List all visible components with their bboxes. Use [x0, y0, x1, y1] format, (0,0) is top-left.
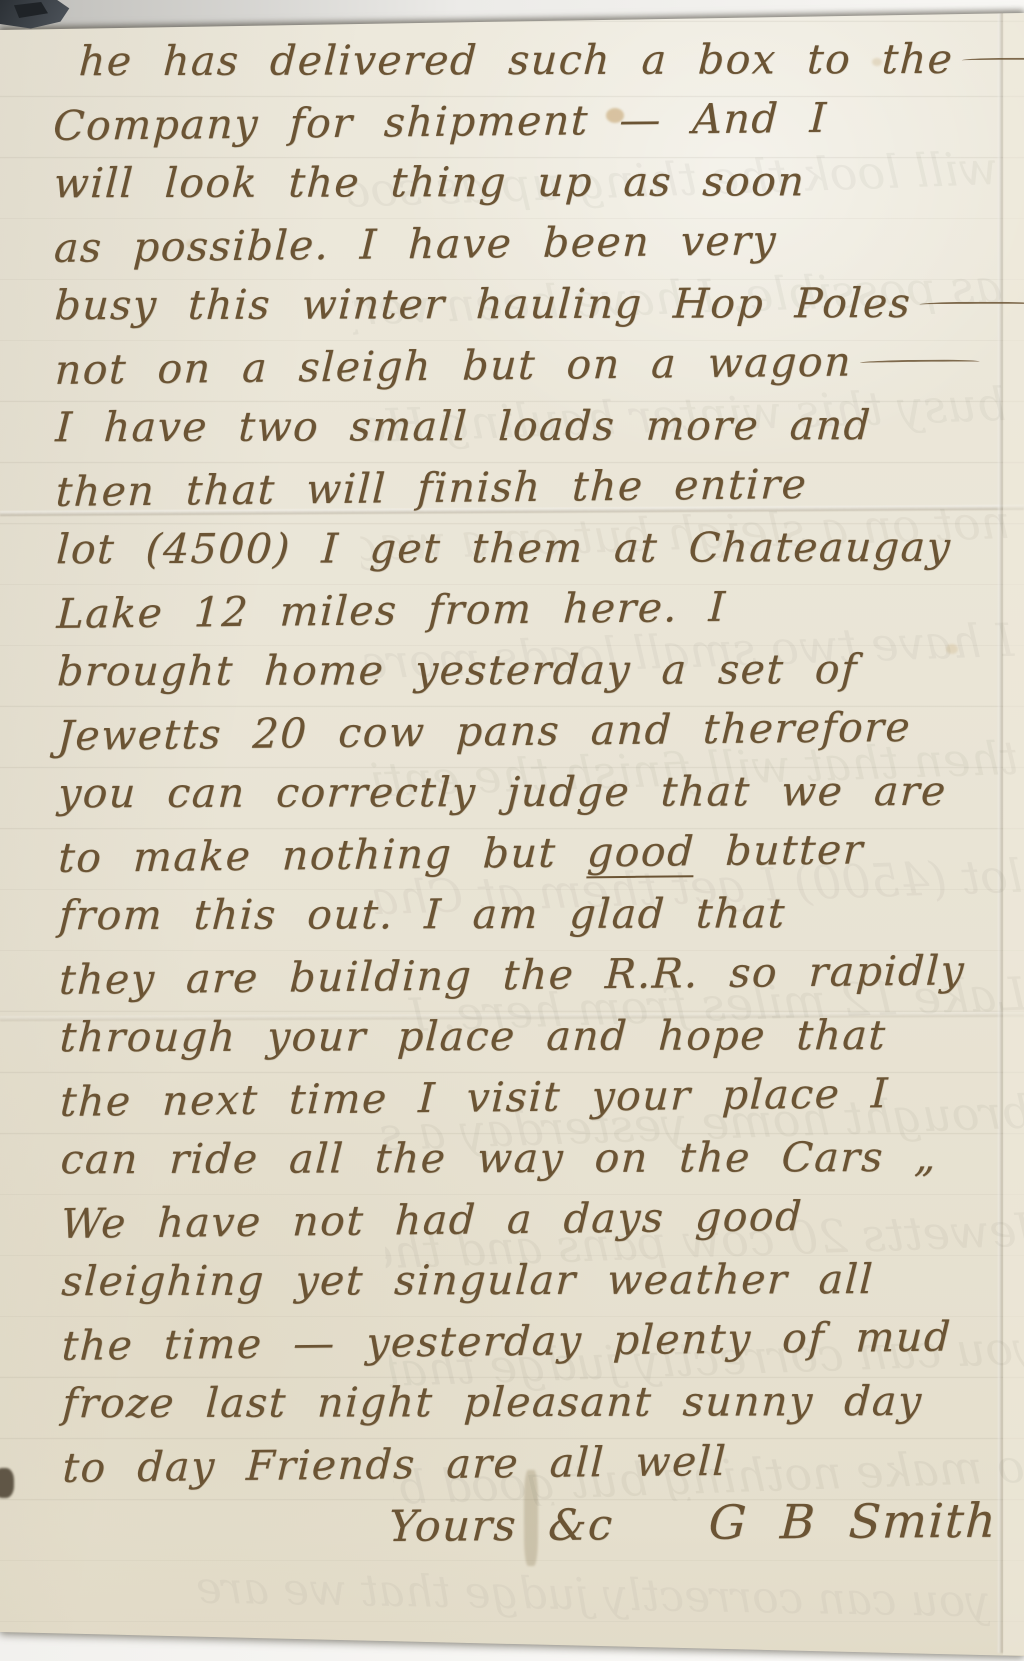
- letter-line: lot (4500) I get them at Chateaugay: [25, 517, 1014, 581]
- letter-lines: he has delivered such a box to theCompan…: [23, 27, 1019, 1498]
- letter-line: I have two small loads more and: [24, 395, 1013, 459]
- letter-line: brought home yesterday a set of: [26, 639, 1015, 703]
- letter-line: they are building the R.R. so rapidly: [28, 940, 1017, 1011]
- pen-flourish: [860, 359, 980, 365]
- letter-line: then that will finish the entire: [25, 452, 1014, 523]
- letter-line: will look the thing up as soon: [22, 151, 1011, 215]
- scanned-letter-page: will look the thing up as soonas possibl…: [0, 0, 1024, 1661]
- underlined-word: good: [586, 827, 696, 878]
- pen-flourish: [919, 302, 1024, 307]
- letter-line: can ride all the way on the Cars „: [29, 1127, 1018, 1191]
- closing-text: Yours &c: [387, 1490, 615, 1562]
- letter-line: Jewetts 20 cow pans and therefore: [26, 696, 1015, 767]
- letter-line: sleighing yet singular weather all: [30, 1249, 1019, 1313]
- letter-line: you can correctly judge that we are: [27, 761, 1016, 825]
- letter-line: he has delivered such a box to the: [21, 29, 1010, 93]
- closing-line: Yours &c G B Smith: [32, 1487, 1021, 1564]
- letter-line: to make nothing but good butter: [27, 818, 1016, 889]
- letter-paper: will look the thing up as soonas possibl…: [0, 0, 1024, 1661]
- bleedthrough-ghost-bottom: you can correctly judge that we are: [29, 1560, 990, 1661]
- signature-text: G B Smith: [707, 1487, 999, 1559]
- letter-line: through your place and hope that: [28, 1005, 1017, 1069]
- letter-line: not on a sleigh but on a wagon: [24, 330, 1013, 401]
- letter-line: the next time I visit your place I: [29, 1062, 1018, 1133]
- letter-line: We have not had a days good: [30, 1184, 1019, 1255]
- letter-line: busy this winter hauling Hop Poles: [23, 273, 1012, 337]
- letter-line: from this out. I am glad that: [27, 883, 1016, 947]
- pen-flourish: [961, 58, 1024, 63]
- letter-line: froze last night pleasant sunny day: [31, 1371, 1020, 1435]
- letter-line: the time — yesterday plenty of mud: [30, 1306, 1019, 1377]
- letter-line: Company for shipment — And I: [22, 86, 1011, 157]
- ink-stain: [0, 1468, 14, 1498]
- handwriting-block: he has delivered such a box to theCompan…: [23, 27, 1020, 1564]
- letter-line: as possible. I have been very: [23, 208, 1012, 279]
- paper-shadow-wrap: will look the thing up as soonas possibl…: [0, 0, 1024, 1661]
- letter-line: Lake 12 miles from here. I: [25, 574, 1014, 645]
